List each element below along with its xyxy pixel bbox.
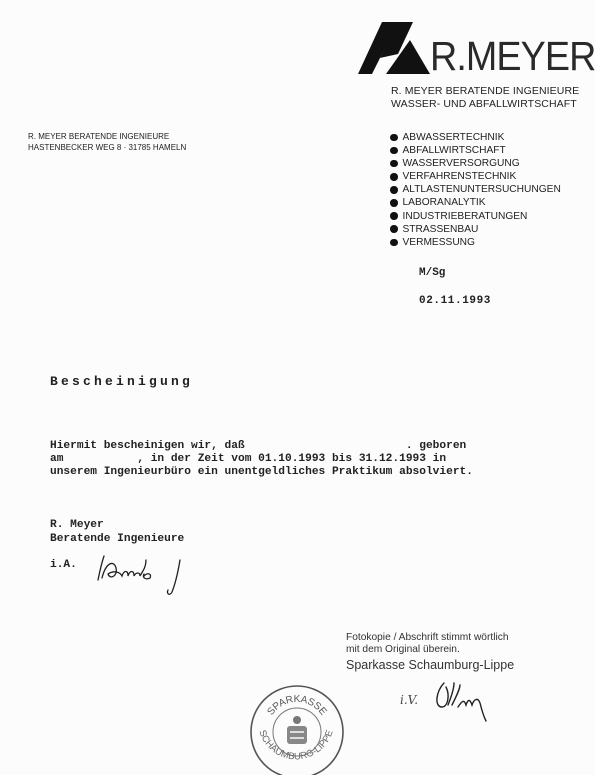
bullet-icon — [390, 186, 398, 194]
body-line-1: Hiermit bescheinigen wir, daß . geboren — [50, 440, 473, 453]
closing-name: R. Meyer — [50, 518, 184, 532]
bank-signature-icon — [430, 677, 500, 725]
svg-text:SPARKASSE: SPARKASSE — [265, 694, 328, 718]
bullet-icon — [390, 173, 398, 181]
document-title: Bescheinigung — [50, 374, 193, 389]
bullet-icon — [390, 199, 398, 207]
brand-name: R.MEYER — [430, 36, 595, 76]
bullet-icon — [390, 160, 398, 168]
service-item: ABWASSERTECHNIK — [390, 131, 561, 144]
services-list: ABWASSERTECHNIK ABFALLWIRTSCHAFT WASSERV… — [390, 131, 561, 249]
sender-line-2: HASTENBECKER WEG 8 · 31785 HAMELN — [28, 143, 186, 154]
signature-icon — [92, 550, 192, 598]
bullet-icon — [390, 239, 398, 247]
reference-code: M/Sg — [419, 267, 445, 279]
service-item: STRASSENBAU — [390, 223, 561, 236]
body-line-2: am , in der Zeit vom 01.10.1993 bis 31.1… — [50, 453, 473, 466]
letter-date: 02.11.1993 — [419, 295, 491, 307]
service-item: VERFAHRENSTECHNIK — [390, 170, 561, 183]
sender-address: R. MEYER BERATENDE INGENIEURE HASTENBECK… — [28, 132, 186, 153]
service-item: VERMESSUNG — [390, 236, 561, 249]
firm-line-2: WASSER- UND ABFALLWIRTSCHAFT — [391, 98, 579, 111]
ia-label: i.A. — [50, 559, 77, 571]
service-item: ABFALLWIRTSCHAFT — [390, 144, 561, 157]
certification-note: Fotokopie / Abschrift stimmt wörtlich mi… — [346, 632, 514, 673]
sender-line-1: R. MEYER BERATENDE INGENIEURE — [28, 132, 186, 143]
logo-roof-icon — [358, 20, 430, 74]
firm-line-1: R. MEYER BERATENDE INGENIEURE — [391, 85, 579, 98]
certification-line-2: mit dem Original überein. — [346, 644, 514, 656]
certification-bank: Sparkasse Schaumburg-Lippe — [346, 657, 514, 673]
bullet-icon — [390, 212, 398, 220]
iv-label: i.V. — [400, 693, 418, 707]
service-item: ALTLASTENUNTERSUCHUNGEN — [390, 183, 561, 196]
bullet-icon — [390, 225, 398, 233]
service-item: LABORANALYTIK — [390, 196, 561, 209]
service-item: WASSERVERSORGUNG — [390, 157, 561, 170]
firm-description: R. MEYER BERATENDE INGENIEURE WASSER- UN… — [391, 85, 579, 110]
bullet-icon — [390, 134, 398, 142]
service-item: INDUSTRIEBERATUNGEN — [390, 210, 561, 223]
closing-block: R. Meyer Beratende Ingenieure — [50, 518, 184, 546]
body-line-3: unserem Ingenieurbüro ein unentgeldliche… — [50, 466, 473, 479]
bullet-icon — [390, 147, 398, 155]
certificate-body: Hiermit bescheinigen wir, daß . geborena… — [50, 440, 473, 480]
sparkasse-stamp-icon: SPARKASSE SCHAUMBURG-LIPPE — [245, 680, 345, 775]
certification-line-1: Fotokopie / Abschrift stimmt wörtlich — [346, 632, 514, 644]
closing-company: Beratende Ingenieure — [50, 532, 184, 546]
